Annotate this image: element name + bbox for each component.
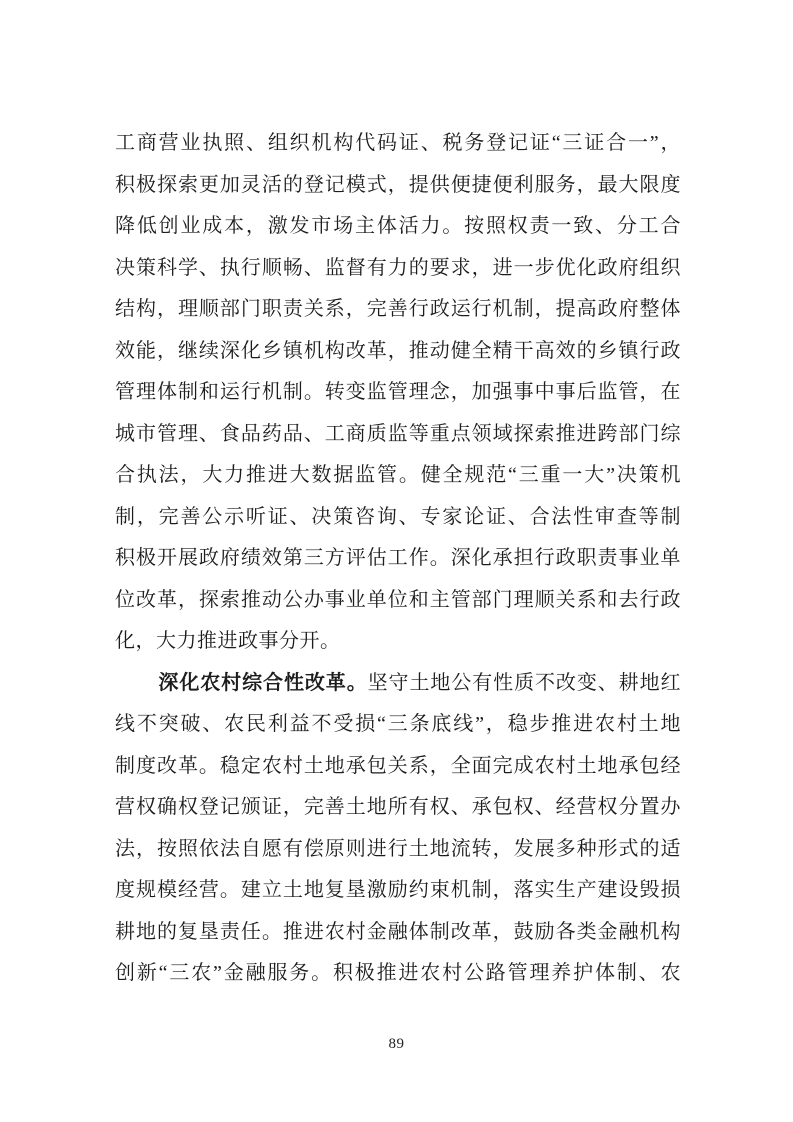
text-line: 深化农村综合性改革。坚守土地公有性质不改变、耕地红 bbox=[115, 663, 681, 705]
text-line: 积极探索更加灵活的登记模式，提供便捷便利服务，最大限度 bbox=[115, 165, 681, 207]
text-line: 降低创业成本，激发市场主体活力。按照权责一致、分工合理、 bbox=[115, 206, 681, 248]
text-line: 结构，理顺部门职责关系，完善行政运行机制，提高政府整体 bbox=[115, 289, 681, 331]
text-line: 法，按照依法自愿有偿原则进行土地流转，发展多种形式的适 bbox=[115, 829, 681, 871]
text-line: 城市管理、食品药品、工商质监等重点领域探索推进跨部门综 bbox=[115, 414, 681, 456]
text-line: 效能，继续深化乡镇机构改革，推动健全精干高效的乡镇行政 bbox=[115, 331, 681, 373]
text-line: 度规模经营。建立土地复垦激励约束机制，落实生产建设毁损 bbox=[115, 870, 681, 912]
text-line: 创新“三农”金融服务。积极推进农村公路管理养护体制、农 bbox=[115, 953, 681, 995]
text-line: 制，完善公示听证、决策咨询、专家论证、合法性审查等制度。 bbox=[115, 497, 681, 539]
text-line: 管理体制和运行机制。转变监管理念，加强事中事后监管，在 bbox=[115, 372, 681, 414]
text-line: 位改革，探索推动公办事业单位和主管部门理顺关系和去行政 bbox=[115, 580, 681, 622]
body-text: 工商营业执照、组织机构代码证、税务登记证“三证合一”，积极探索更加灵活的登记模式… bbox=[115, 123, 681, 995]
text-line: 耕地的复垦责任。推进农村金融体制改革，鼓励各类金融机构 bbox=[115, 912, 681, 954]
text-line: 积极开展政府绩效第三方评估工作。深化承担行政职责事业单 bbox=[115, 538, 681, 580]
text-line: 工商营业执照、组织机构代码证、税务登记证“三证合一”， bbox=[115, 123, 681, 165]
document-page: 工商营业执照、组织机构代码证、税务登记证“三证合一”，积极探索更加灵活的登记模式… bbox=[0, 0, 793, 1122]
text-line: 决策科学、执行顺畅、监督有力的要求，进一步优化政府组织 bbox=[115, 248, 681, 290]
text-line: 线不突破、农民利益不受损“三条底线”，稳步推进农村土地 bbox=[115, 704, 681, 746]
text-line: 制度改革。稳定农村土地承包关系，全面完成农村土地承包经 bbox=[115, 746, 681, 788]
text-line: 营权确权登记颁证，完善土地所有权、承包权、经营权分置办 bbox=[115, 787, 681, 829]
page-number: 89 bbox=[0, 1036, 793, 1053]
paragraph-indent bbox=[115, 688, 158, 689]
text-line: 合执法，大力推进大数据监管。健全规范“三重一大”决策机 bbox=[115, 455, 681, 497]
paragraph-lead-bold: 深化农村综合性改革。 bbox=[158, 672, 368, 694]
text-line: 化，大力推进政事分开。 bbox=[115, 621, 681, 663]
